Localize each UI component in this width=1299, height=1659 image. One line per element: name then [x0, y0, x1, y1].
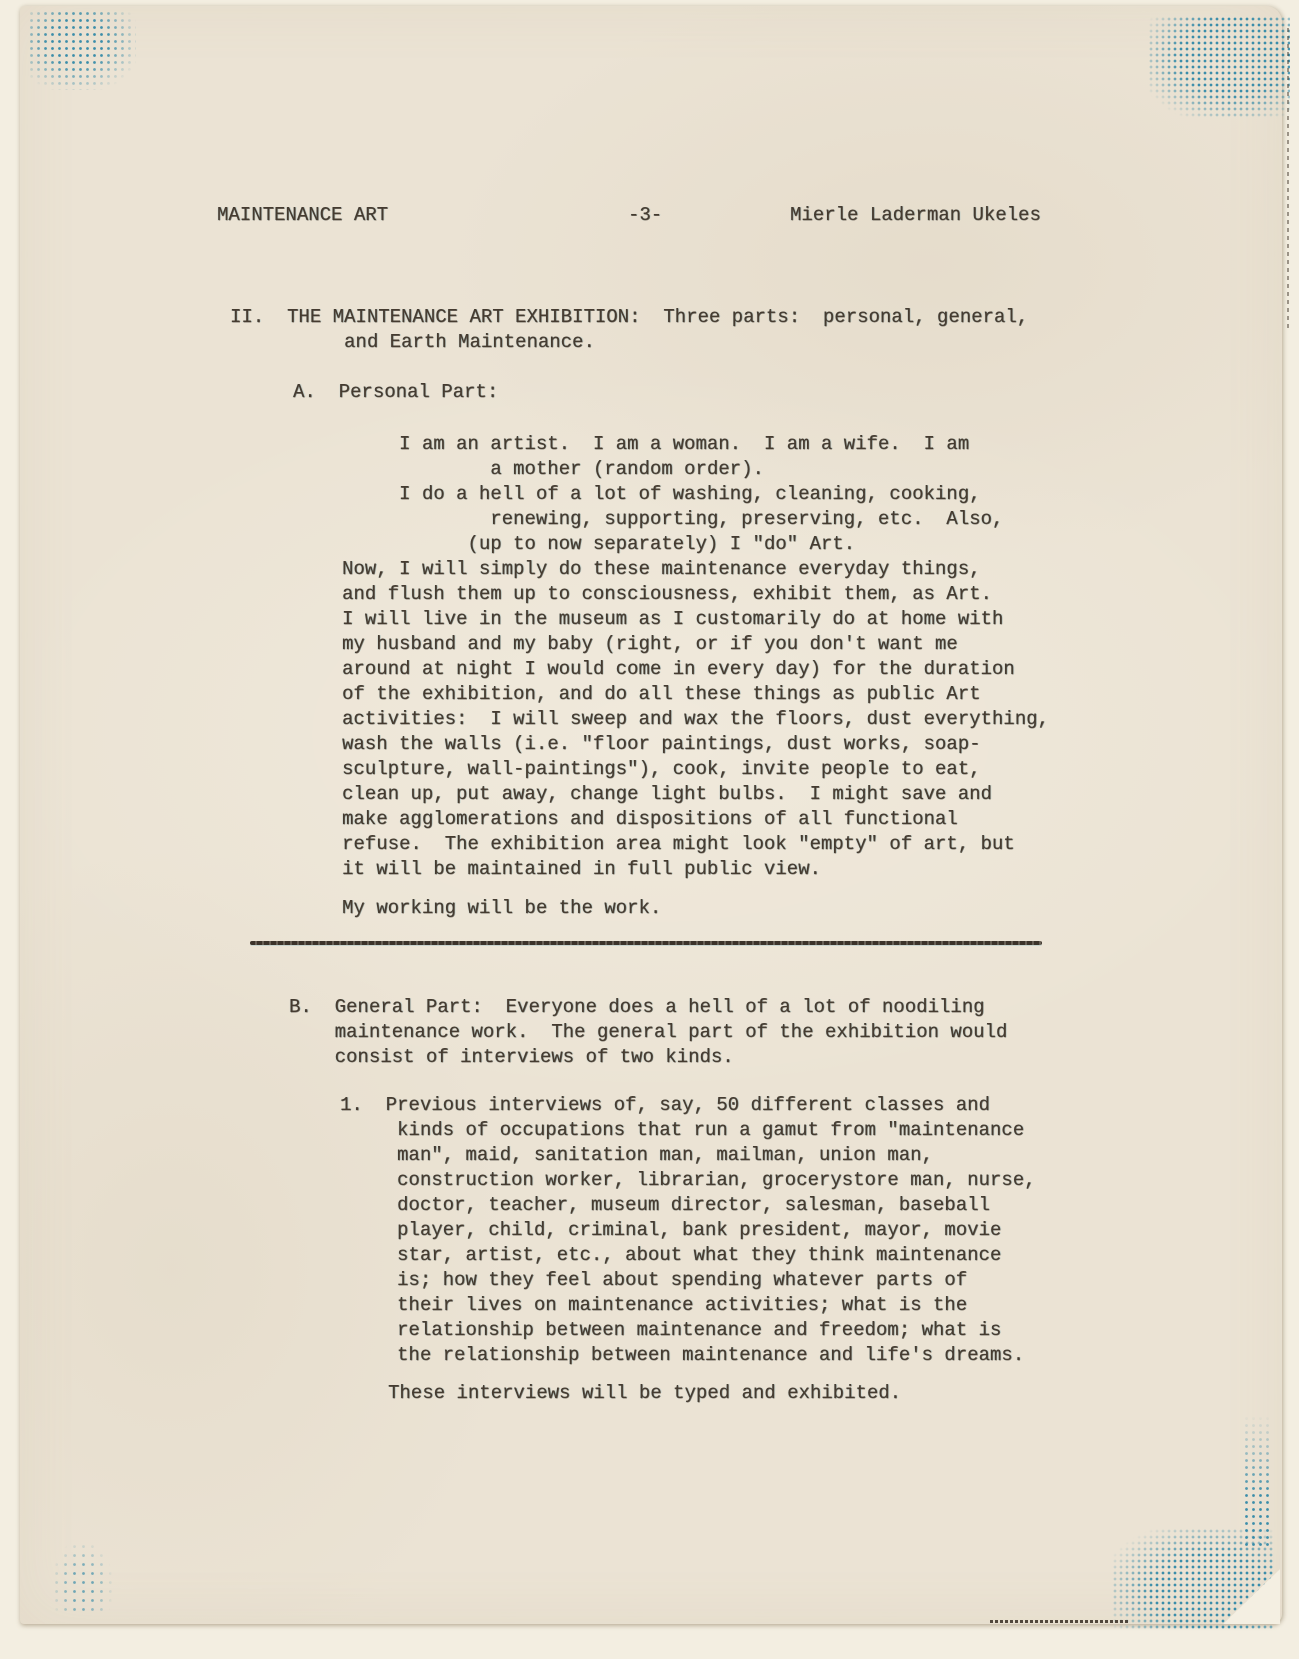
scan-artifact-top-right: [1148, 16, 1290, 118]
paper-bottom-edge: [990, 1620, 1130, 1623]
section-a-heading: A. Personal Part:: [293, 380, 498, 405]
page-number: -3-: [628, 203, 662, 228]
section-divider: [250, 941, 1042, 945]
scanned-document-page: { "colors":{ "bg":"#f3eee1", "paper":"#e…: [0, 0, 1299, 1659]
scan-artifact-right-edge: [1243, 1415, 1271, 1550]
scan-artifact-bottom-left: [52, 1542, 112, 1617]
section-a-body: I am an artist. I am a woman. I am a wif…: [342, 432, 1049, 882]
section-ii-heading: II. THE MAINTENANCE ART EXHIBITION: Thre…: [230, 305, 1028, 355]
section-b-heading: B. General Part: Everyone does a hell of…: [289, 995, 1007, 1070]
closing-line: These interviews will be typed and exhib…: [388, 1381, 901, 1406]
scan-artifact-top-left: [28, 10, 136, 90]
doc-title: MAINTENANCE ART: [217, 203, 388, 228]
my-working-line: My working will be the work.: [342, 896, 661, 921]
author-name: Mierle Laderman Ukeles: [790, 203, 1041, 228]
list-item-1: 1. Previous interviews of, say, 50 diffe…: [340, 1093, 1036, 1368]
paper-right-edge: [1287, 28, 1289, 328]
